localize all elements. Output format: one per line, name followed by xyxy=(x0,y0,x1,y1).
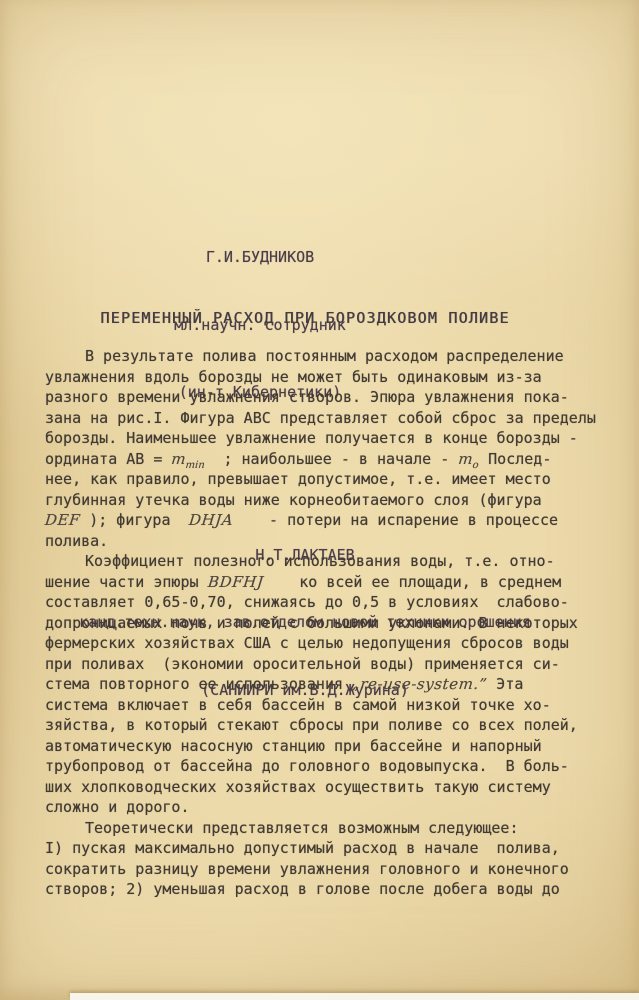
typed-text: ших хлопководческих хозяйствах осуществи… xyxy=(45,778,551,796)
handwritten-text: BDFHJ xyxy=(206,572,264,593)
handwritten-text: DHJA xyxy=(187,510,234,531)
text-line: глубинная утечка воды ниже корнеобитаемо… xyxy=(45,490,610,511)
typed-text: трубопровод от бассейна до головного вод… xyxy=(45,757,569,775)
text-line: нее, как правило, превышает допустимое, … xyxy=(45,469,610,490)
text-line: составляет 0,65-0,70, снижаясь до 0,5 в … xyxy=(45,592,610,613)
typed-text: Эта xyxy=(487,675,523,693)
text-line: допроницаемых почв и полей с большими ук… xyxy=(45,613,610,634)
text-line: фермерских хозяйствах США с целью недопу… xyxy=(45,633,610,654)
text-line: Коэффициент полезного использования воды… xyxy=(45,551,610,572)
typed-text: зана на рис.I. Фигура ABC представляет с… xyxy=(45,409,596,427)
text-line: Теоретически представляется возможным сл… xyxy=(45,818,610,839)
typed-text: В результате полива постоянным расходом … xyxy=(85,347,564,365)
typed-text: система включает в себя бассейн в самой … xyxy=(45,696,551,714)
handwritten-text: mo xyxy=(457,449,481,477)
typed-text: ордината AB = xyxy=(45,450,171,468)
text-line: разного времени увлажнения створов. Эпюр… xyxy=(45,387,610,408)
typed-text: ко всей ее площади, в среднем xyxy=(263,573,561,591)
text-line: шение части эпюры BDFHJ ко всей ее площа… xyxy=(45,572,610,593)
text-line: увлажнения вдоль борозды не может быть о… xyxy=(45,367,610,388)
text-line: ордината AB = mmin ; наибольшее - в нача… xyxy=(45,449,610,470)
text-line: зяйства, в который стекают сбросы при по… xyxy=(45,715,610,736)
scanned-page: Г.И.БУДНИКОВ мл.научн. сотрудник (ин-т К… xyxy=(0,0,639,1000)
typed-text: Теоретически представляется возможным сл… xyxy=(85,819,518,837)
typed-text: ); фигура xyxy=(80,511,188,529)
text-line: В результате полива постоянным расходом … xyxy=(45,346,610,367)
typed-text: ; наибольшее - в начале - xyxy=(205,450,458,468)
typed-text: створов; 2) уменьшая расход в голове пос… xyxy=(45,880,560,898)
text-line: при поливах (экономии оросительной воды)… xyxy=(45,654,610,675)
text-line: система включает в себя бассейн в самой … xyxy=(45,695,610,716)
typed-text: глубинная утечка воды ниже корнеобитаемо… xyxy=(45,491,542,509)
typed-text: составляет 0,65-0,70, снижаясь до 0,5 в … xyxy=(45,593,569,611)
handwritten-text: mmin xyxy=(170,449,207,477)
typed-text: увлажнения вдоль борозды не может быть о… xyxy=(45,368,542,386)
typed-text: разного времени увлажнения створов. Эпюр… xyxy=(45,388,569,406)
text-line: ших хлопководческих хозяйствах осуществи… xyxy=(45,777,610,798)
typed-text: шение части эпюры xyxy=(45,573,208,591)
text-line: сократить разницу времени увлажнения гол… xyxy=(45,859,610,880)
typed-text: сократить разницу времени увлажнения гол… xyxy=(45,860,569,878)
typed-text: борозды. Наименьшее увлажнение получаетс… xyxy=(45,429,578,447)
handwritten-text: DEF xyxy=(44,510,81,531)
text-line: I) пуская максимально допустимый расход … xyxy=(45,838,610,859)
author-name: Г.И.БУДНИКОВ xyxy=(45,246,475,269)
typed-text: стема повторного ее использования xyxy=(45,675,352,693)
scanner-edge xyxy=(70,993,639,1000)
typed-text: I) пуская максимально допустимый расход … xyxy=(45,839,560,857)
page-title: ПЕРЕМЕННЫЙ РАСХОД ПРИ БОРОЗДКОВОМ ПОЛИВЕ xyxy=(45,309,621,327)
handwritten-text: „re-use-system.” xyxy=(351,674,488,695)
text-line: сложно и дорого. xyxy=(45,797,610,818)
typed-text: сложно и дорого. xyxy=(45,798,190,816)
typed-text: - потери на испарение в процессе xyxy=(233,511,558,529)
typed-text: полива. xyxy=(45,532,108,550)
text-line: полива. xyxy=(45,531,610,552)
typed-text: автоматическую насосную станцию при басс… xyxy=(45,737,542,755)
text-line: трубопровод от бассейна до головного вод… xyxy=(45,756,610,777)
text-line: автоматическую насосную станцию при басс… xyxy=(45,736,610,757)
typed-text: допроницаемых почв и полей с большими ук… xyxy=(45,614,578,632)
text-line: створов; 2) уменьшая расход в голове пос… xyxy=(45,879,610,900)
typed-text: фермерских хозяйствах США с целью недопу… xyxy=(45,634,569,652)
document-body: В результате полива постоянным расходом … xyxy=(45,346,610,900)
typed-text: Коэффициент полезного использования воды… xyxy=(85,552,555,570)
typed-text: зяйства, в который стекают сбросы при по… xyxy=(45,716,578,734)
text-line: зана на рис.I. Фигура ABC представляет с… xyxy=(45,408,610,429)
typed-text: Послед- xyxy=(479,450,551,468)
text-line: стема повторного ее использования „re-us… xyxy=(45,674,610,695)
text-line: борозды. Наименьшее увлажнение получаетс… xyxy=(45,428,610,449)
typed-text: при поливах (экономии оросительной воды)… xyxy=(45,655,560,673)
text-line: DEF ); фигура DHJA - потери на испарение… xyxy=(45,510,610,531)
